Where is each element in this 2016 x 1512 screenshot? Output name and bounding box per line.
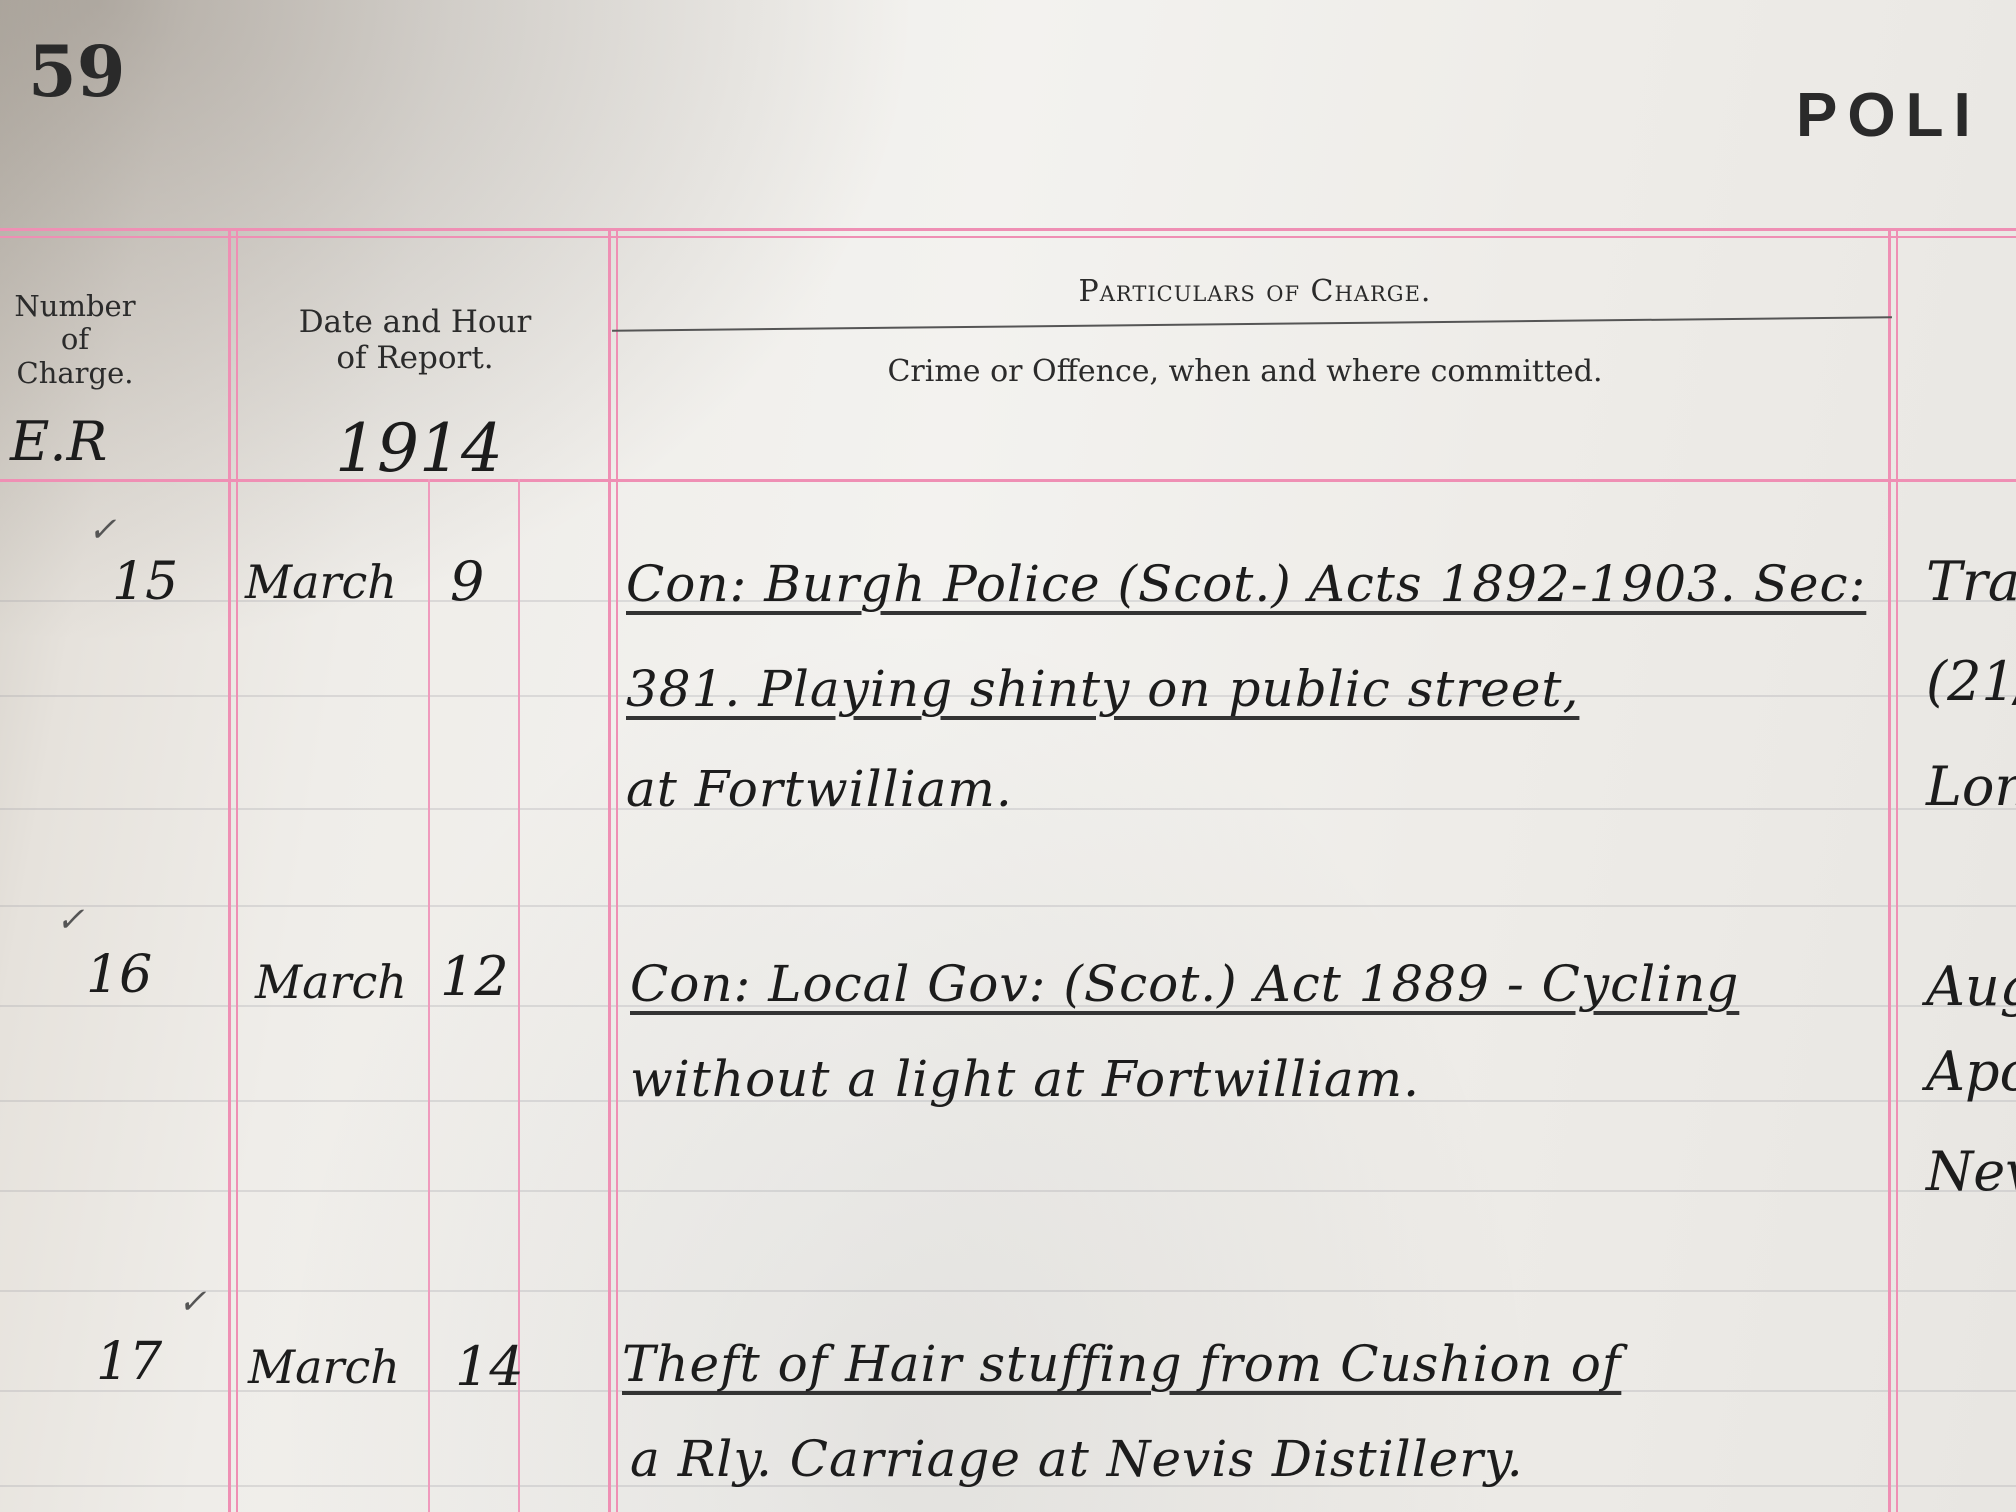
header-date-line: Date and Hour: [260, 305, 570, 341]
next-column-fragment: Tra: [1926, 550, 2016, 613]
page-title-fragment: POLI: [1796, 80, 1981, 151]
header-date-line: of Report.: [260, 341, 570, 377]
column-rule: [616, 228, 618, 1512]
charge-number: 16: [86, 945, 152, 1005]
top-border-rule: [0, 228, 2016, 231]
ruled-line: [0, 905, 2016, 907]
charge-line: at Fortwilliam.: [626, 760, 1013, 818]
header-number-of-charge: Number of Charge.: [0, 290, 150, 390]
header-bottom-rule: [0, 479, 2016, 482]
next-column-fragment: Lon: [1926, 755, 2016, 818]
year: 1914: [335, 410, 503, 487]
header-number-line: of: [0, 323, 150, 356]
region-code: E.R: [10, 410, 107, 473]
charge-line: Con: Burgh Police (Scot.) Acts 1892-1903…: [626, 555, 1866, 613]
page-shading: [0, 0, 2016, 1512]
charge-line: 381. Playing shinty on public street,: [626, 660, 1579, 718]
header-crime-offence: Crime or Offence, when and where committ…: [620, 355, 1870, 390]
header-number-line: Number: [0, 290, 150, 323]
report-month: March: [255, 955, 407, 1009]
column-rule: [428, 479, 430, 1512]
report-month: March: [245, 555, 397, 609]
report-day: 14: [455, 1335, 524, 1398]
charge-number: 15: [112, 552, 178, 612]
next-column-fragment: Apo: [1926, 1040, 2016, 1103]
charge-line: Theft of Hair stuffing from Cushion of: [622, 1335, 1621, 1393]
top-border-rule-2: [0, 236, 2016, 238]
report-month: March: [248, 1340, 400, 1394]
ruled-line: [0, 1190, 2016, 1192]
next-column-fragment: Aug: [1926, 955, 2016, 1018]
ruled-line: [0, 1290, 2016, 1292]
header-particulars: Particulars of Charge.: [620, 275, 1890, 310]
column-rule: [228, 228, 231, 1512]
charge-line: Con: Local Gov: (Scot.) Act 1889 - Cycli…: [630, 955, 1739, 1013]
column-rule: [1896, 228, 1898, 1512]
check-mark-icon: ✓: [56, 900, 85, 940]
page-number: 59: [28, 30, 125, 113]
column-rule: [236, 228, 238, 1512]
report-day: 12: [440, 945, 509, 1008]
column-rule: [608, 228, 611, 1512]
charge-line: without a light at Fortwilliam.: [630, 1050, 1420, 1108]
check-mark-icon: ✓: [178, 1282, 207, 1322]
charge-line: a Rly. Carriage at Nevis Distillery.: [630, 1430, 1524, 1488]
report-day: 9: [450, 550, 484, 613]
check-mark-icon: ✓: [88, 510, 117, 550]
next-column-fragment: Nev: [1926, 1140, 2016, 1203]
charge-number: 17: [96, 1332, 162, 1392]
header-date-hour: Date and Hour of Report.: [260, 305, 570, 376]
header-number-line: Charge.: [0, 357, 150, 390]
header-divider: [612, 316, 1892, 331]
column-rule: [1888, 228, 1891, 1512]
next-column-fragment: (21/: [1926, 650, 2016, 713]
